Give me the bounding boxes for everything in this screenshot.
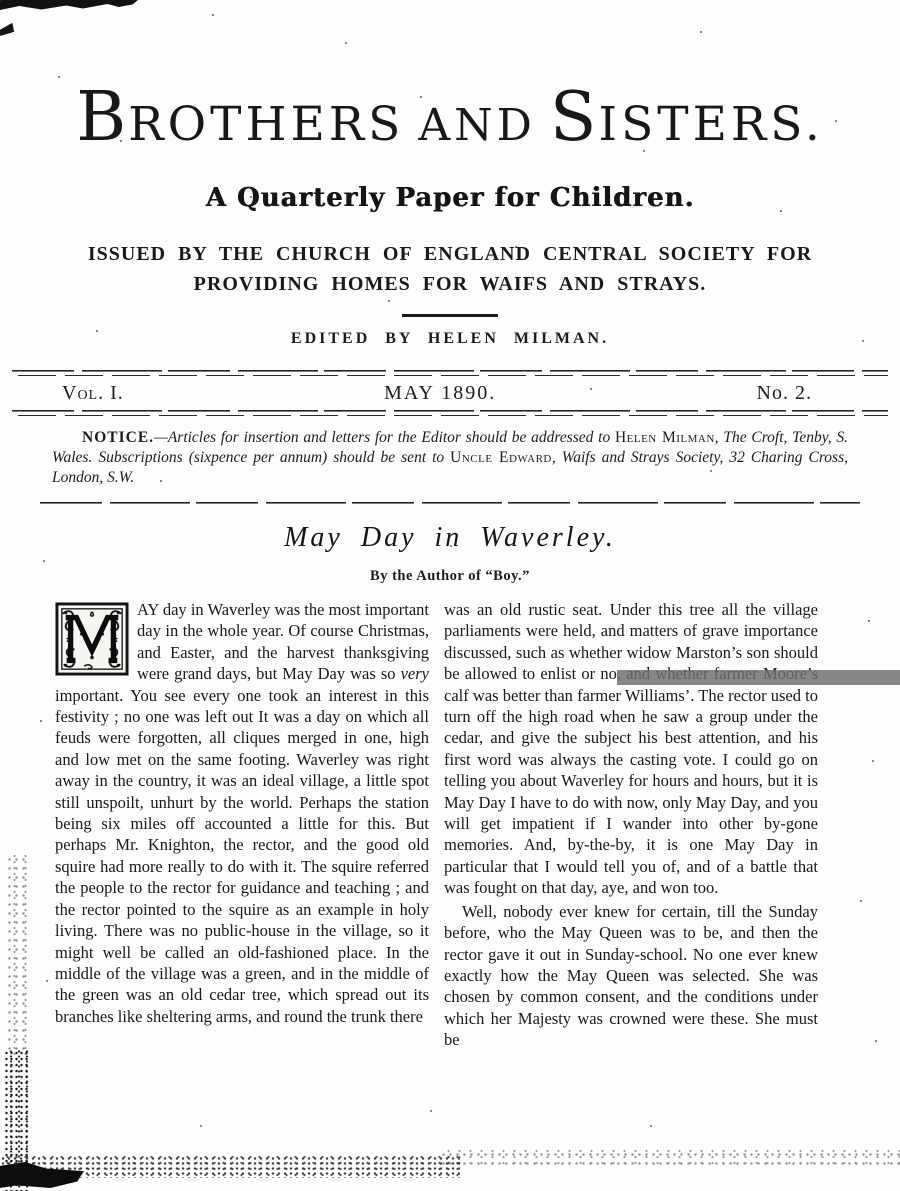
title-word-and: AND <box>418 100 536 151</box>
notice-editor-name: Helen Milman <box>615 429 715 446</box>
paper-title: BROTHERSANDSISTERS. <box>0 86 900 167</box>
title-initial-b: B <box>76 78 128 157</box>
scan-artifact-left-noise-lower <box>4 1050 30 1191</box>
left-column-text-1: AY day in Waverley was the most importan… <box>137 600 429 683</box>
right-column-paragraph-1: was an old rustic seat. Under this tree … <box>444 599 818 899</box>
scan-artifact-top-streak <box>0 23 16 39</box>
paper-subtitle: A Quarterly Paper for Children. <box>0 183 900 213</box>
decorated-initial-m <box>55 602 129 676</box>
right-column: was an old rustic seat. Under this tree … <box>444 599 818 1051</box>
article-title: May Day in Waverley. <box>0 522 900 554</box>
notice-label: NOTICE. <box>82 429 154 446</box>
issue-bar: Vol. I. MAY 1890. No. 2. <box>0 376 900 410</box>
title-word-isters: ISTERS. <box>599 97 824 152</box>
scanned-periodical-page: BROTHERSANDSISTERS. A Quarterly Paper fo… <box>0 0 900 1191</box>
issue-bar-bottom-rule <box>12 410 888 416</box>
right-column-paragraph-2: Well, nobody ever knew for certain, till… <box>444 901 818 1051</box>
title-word-rothers: ROTHERS <box>128 97 404 152</box>
masthead: BROTHERSANDSISTERS. A Quarterly Paper fo… <box>0 86 900 348</box>
left-column-emphasis-very: very <box>401 664 429 683</box>
scan-artifact-top-bar <box>0 0 138 10</box>
scan-artifact-bottom-noise-right <box>440 1150 900 1166</box>
article-columns: AY day in Waverley was the most importan… <box>0 585 900 1051</box>
scan-artifact-page-speckles <box>0 0 2 2</box>
issued-line-1: ISSUED BY THE CHURCH OF ENGLAND CENTRAL … <box>0 239 900 269</box>
editor-notice: NOTICE.—Articles for insertion and lette… <box>52 428 848 488</box>
issue-number: No. 2. <box>757 382 812 405</box>
short-divider-rule <box>402 314 498 317</box>
notice-treasurer-name: Uncle Edward <box>450 449 552 466</box>
left-column: AY day in Waverley was the most importan… <box>55 599 429 1051</box>
notice-bottom-rule <box>40 502 860 504</box>
issued-line-2: PROVIDING HOMES FOR WAIFS AND STRAYS. <box>0 269 900 299</box>
title-initial-s: S <box>550 78 599 157</box>
scan-artifact-bottom-noise-left <box>0 1156 460 1178</box>
article-byline: By the Author of “Boy.” <box>0 568 900 585</box>
issued-by-statement: ISSUED BY THE CHURCH OF ENGLAND CENTRAL … <box>0 239 900 299</box>
scan-artifact-bottom-corner-blob <box>0 1162 84 1188</box>
issue-date: MAY 1890. <box>384 382 496 405</box>
left-column-text-2: important. You see every one took an int… <box>55 686 429 1026</box>
edited-by-line: EDITED BY HELEN MILMAN. <box>0 330 900 348</box>
left-column-paragraph: AY day in Waverley was the most importan… <box>55 599 429 1027</box>
notice-text-1: —Articles for insertion and letters for … <box>154 429 615 446</box>
volume-label: Vol. I. <box>62 382 124 405</box>
